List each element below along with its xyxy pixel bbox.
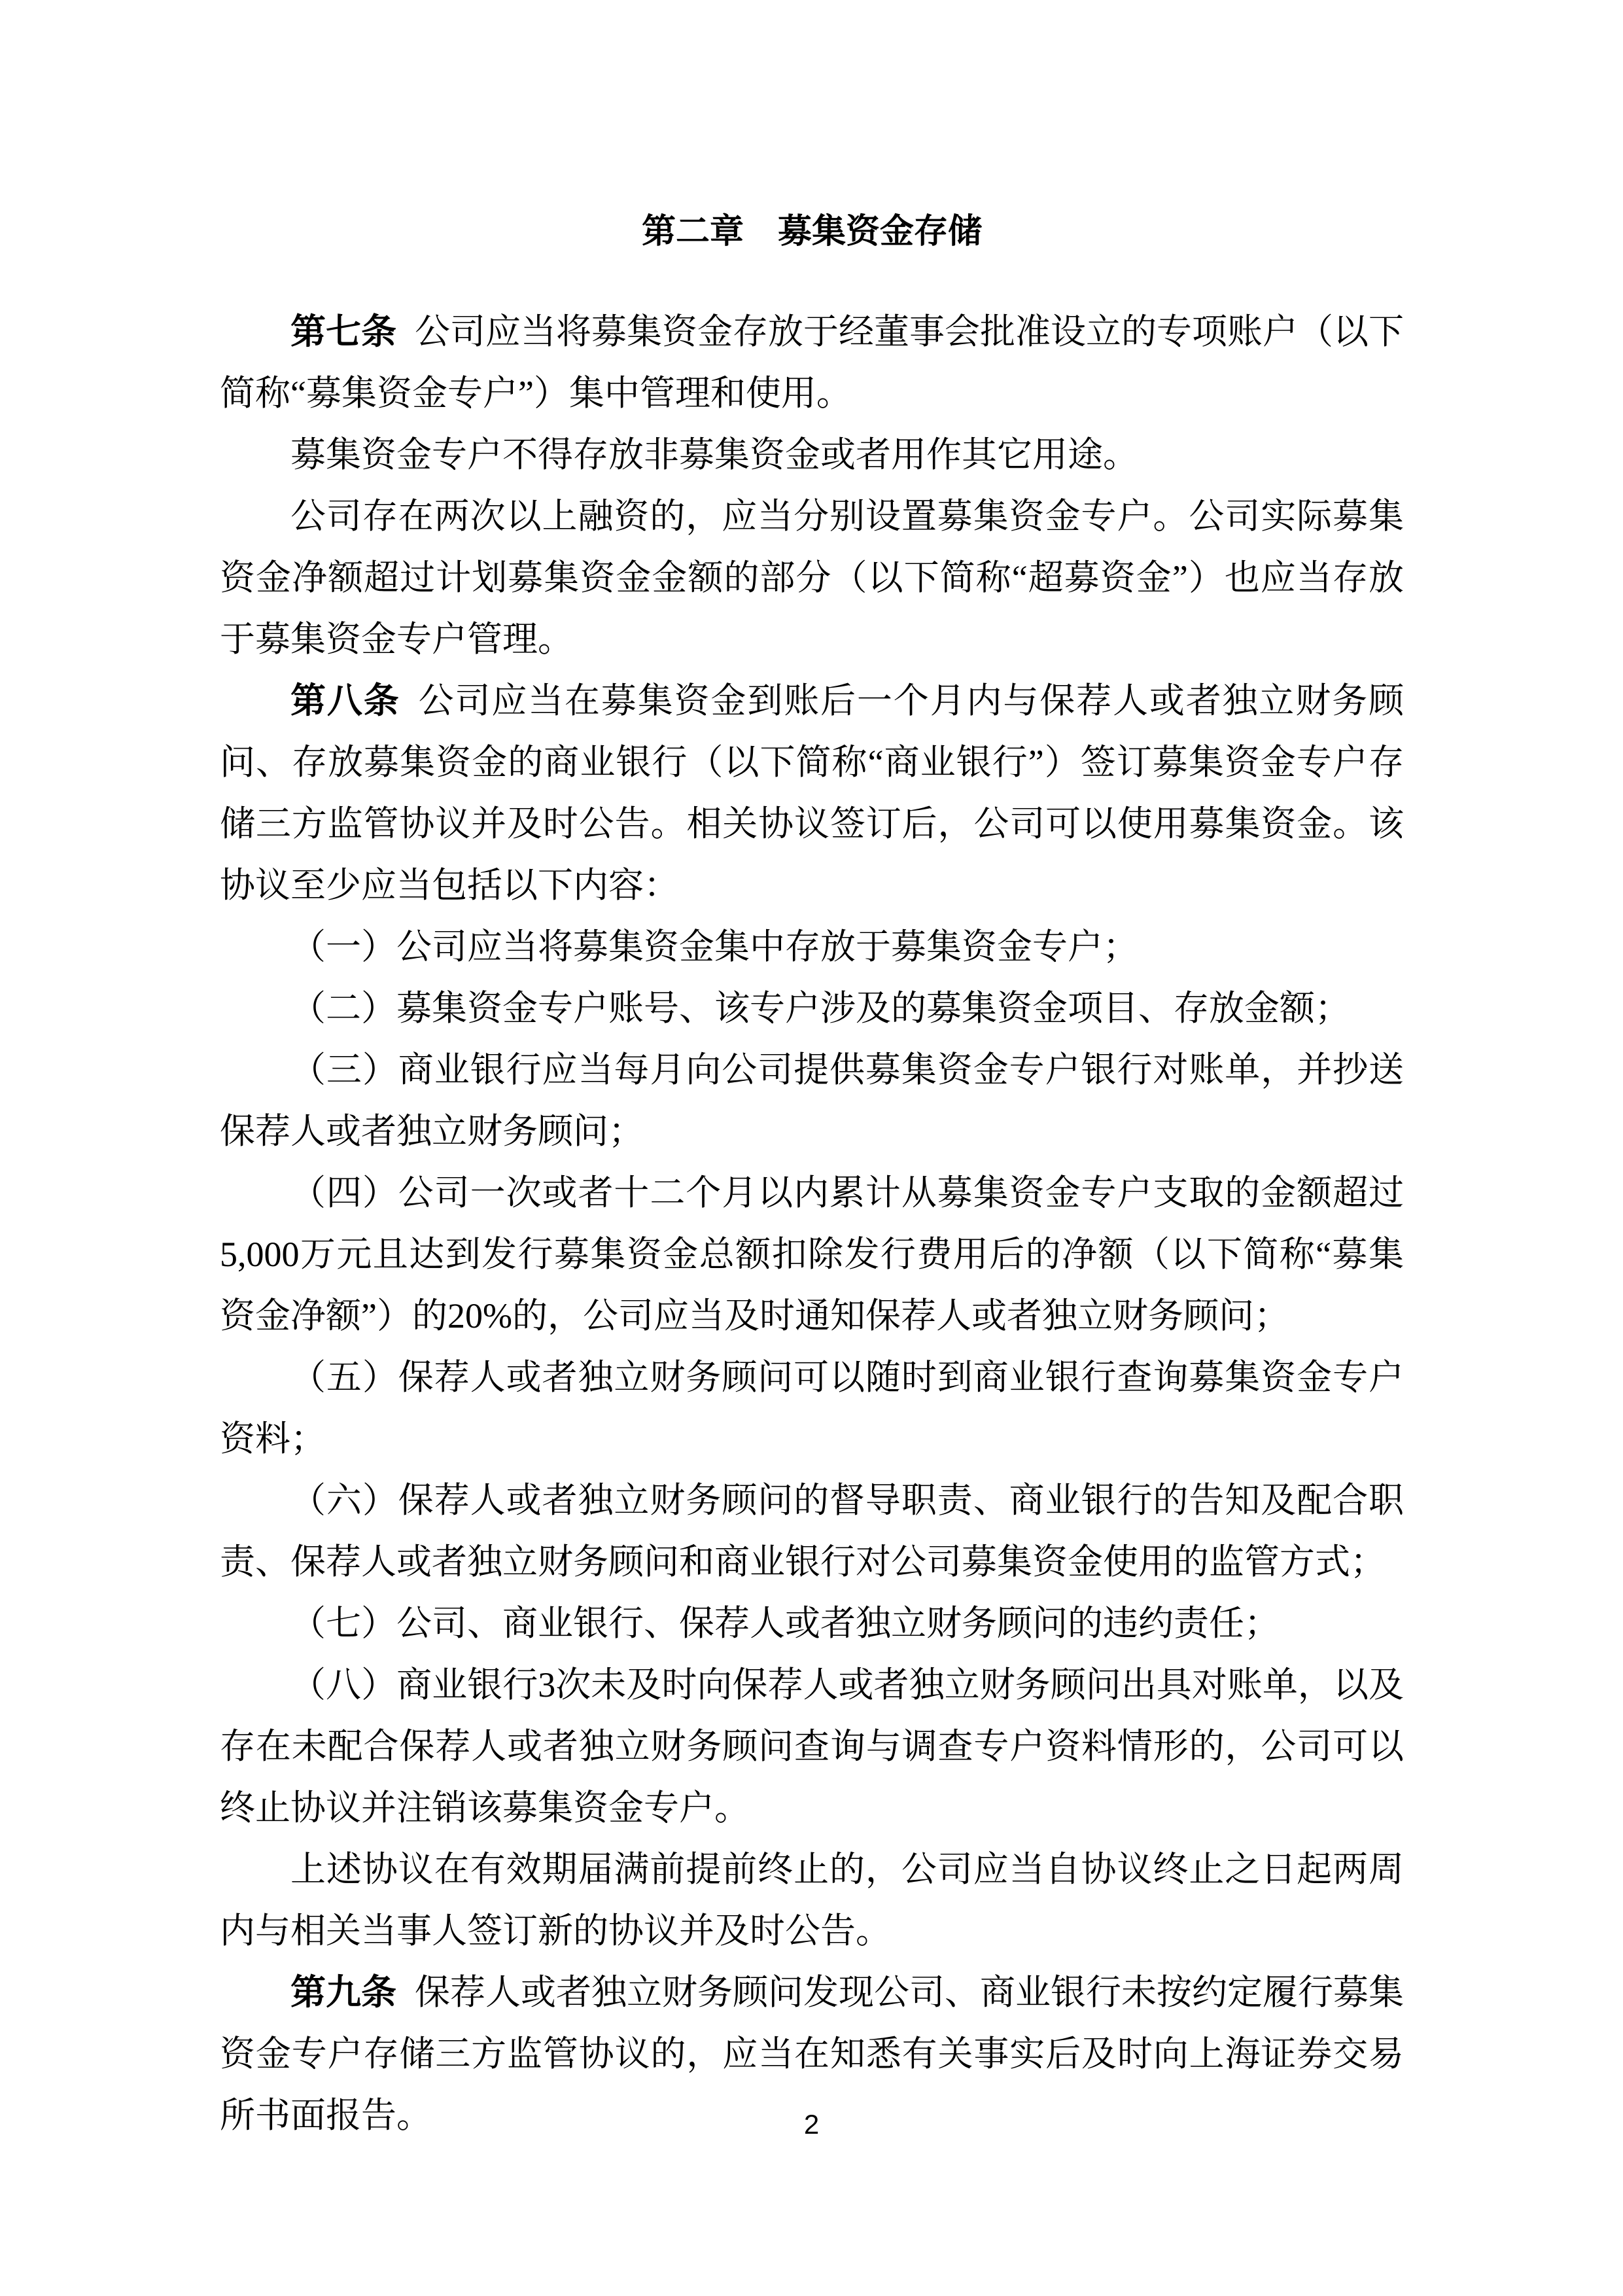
paragraph: 第八条公司应当在募集资金到账后一个月内与保荐人或者独立财务顾问、存放募集资金的商… bbox=[220, 670, 1404, 916]
paragraph-text: （一）公司应当将募集资金集中存放于募集资金专户； bbox=[290, 927, 1138, 966]
paragraph-text: （四）公司一次或者十二个月以内累计从募集资金专户支取的金额超过5,000万元且达… bbox=[220, 1173, 1404, 1335]
paragraph-text: （二）募集资金专户账号、该专户涉及的募集资金项目、存放金额； bbox=[290, 989, 1350, 1028]
paragraph: 募集资金专户不得存放非募集资金或者用作其它用途。 bbox=[220, 424, 1404, 486]
paragraph: 公司存在两次以上融资的，应当分别设置募集资金专户。公司实际募集资金净额超过计划募… bbox=[220, 486, 1404, 670]
article-number: 第八条 bbox=[290, 681, 400, 720]
paragraph-text: （六）保荐人或者独立财务顾问的督导职责、商业银行的告知及配合职责、保荐人或者独立… bbox=[220, 1481, 1404, 1581]
paragraph-text: 上述协议在有效期届满前提前终止的，公司应当自协议终止之日起两周内与相关当事人签订… bbox=[220, 1850, 1404, 1951]
list-item: （三）商业银行应当每月向公司提供募集资金专户银行对账单，并抄送保荐人或者独立财务… bbox=[220, 1039, 1404, 1162]
list-item: （二）募集资金专户账号、该专户涉及的募集资金项目、存放金额； bbox=[220, 978, 1404, 1039]
list-item: （五）保荐人或者独立财务顾问可以随时到商业银行查询募集资金专户资料； bbox=[220, 1347, 1404, 1470]
list-item: （八）商业银行3次未及时向保荐人或者独立财务顾问出具对账单，以及存在未配合保荐人… bbox=[220, 1654, 1404, 1839]
document-page: 第二章 募集资金存储 第七条公司应当将募集资金存放于经董事会批准设立的专项账户（… bbox=[0, 0, 1623, 2296]
paragraph-text: （三）商业银行应当每月向公司提供募集资金专户银行对账单，并抄送保荐人或者独立财务… bbox=[220, 1050, 1404, 1151]
paragraph-text: 募集资金专户不得存放非募集资金或者用作其它用途。 bbox=[290, 435, 1138, 474]
list-item: （六）保荐人或者独立财务顾问的督导职责、商业银行的告知及配合职责、保荐人或者独立… bbox=[220, 1470, 1404, 1593]
paragraph: 第七条公司应当将募集资金存放于经董事会批准设立的专项账户（以下简称“募集资金专户… bbox=[220, 301, 1404, 424]
list-item: （七）公司、商业银行、保荐人或者独立财务顾问的违约责任； bbox=[220, 1593, 1404, 1654]
list-item: （一）公司应当将募集资金集中存放于募集资金专户； bbox=[220, 916, 1404, 978]
article-number: 第七条 bbox=[290, 312, 396, 351]
list-item: （四）公司一次或者十二个月以内累计从募集资金专户支取的金额超过5,000万元且达… bbox=[220, 1162, 1404, 1347]
paragraph-text: （七）公司、商业银行、保荐人或者独立财务顾问的违约责任； bbox=[290, 1604, 1280, 1643]
paragraph-text: 公司存在两次以上融资的，应当分别设置募集资金专户。公司实际募集资金净额超过计划募… bbox=[220, 497, 1404, 659]
paragraph: 上述协议在有效期届满前提前终止的，公司应当自协议终止之日起两周内与相关当事人签订… bbox=[220, 1839, 1404, 1962]
paragraph-text: 公司应当将募集资金存放于经董事会批准设立的专项账户（以下简称“募集资金专户”）集… bbox=[220, 312, 1404, 413]
paragraph-text: （五）保荐人或者独立财务顾问可以随时到商业银行查询募集资金专户资料； bbox=[220, 1358, 1404, 1458]
document-content: 第二章 募集资金存储 第七条公司应当将募集资金存放于经董事会批准设立的专项账户（… bbox=[220, 0, 1404, 2146]
chapter-title: 第二章 募集资金存储 bbox=[220, 0, 1404, 263]
paragraph-text: （八）商业银行3次未及时向保荐人或者独立财务顾问出具对账单，以及存在未配合保荐人… bbox=[220, 1665, 1404, 1828]
article-number: 第九条 bbox=[290, 1973, 396, 2012]
document-body: 第七条公司应当将募集资金存放于经董事会批准设立的专项账户（以下简称“募集资金专户… bbox=[220, 301, 1404, 2146]
page-number: 2 bbox=[0, 2102, 1623, 2147]
